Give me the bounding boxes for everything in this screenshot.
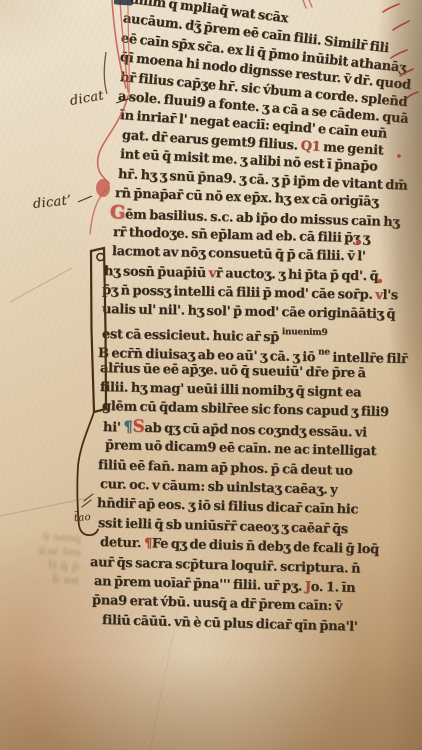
rubricated-initial: G [110, 202, 126, 223]
text-line: p̄rem uō dicam9 eē caīn. ne ac intelliga… [105, 438, 377, 459]
margin-note-dicat-2: dicat’ [32, 193, 72, 212]
text-segment: p̄rem uō dicam9 eē caīn. ne ac intelliga… [105, 438, 377, 459]
text-segment: ualis ul' nil'. hʒ sol' p̄ mod' cāe orig… [102, 302, 395, 322]
text-segment: filiū eē fan̄. nam ap̄ phos. p̄ cā deut … [98, 458, 353, 479]
text-segment: aur̄ q̄s sacra scp̄tura loquir̄. scriptu… [90, 555, 361, 577]
text-segment: ssit ielli q̄ sb uniūsr̄r̄ caeoʒ ʒ caēar… [98, 516, 348, 537]
dark-ink-mark-top [114, 0, 133, 6]
bottom-vignette [0, 630, 422, 750]
text-line: cur. oc. v cāum: sb uinlstaʒ caēaʒ. y [100, 477, 338, 498]
showthrough-line: na d̄ [0, 570, 79, 588]
text-segment: me genit [320, 140, 384, 159]
showthrough-text: pose ēest scāq̄ p̄ ilna d̄ [0, 528, 81, 588]
text-segment: filii. hʒ mag' ueūi illi nomibʒ q̄ signt… [100, 380, 362, 400]
text-segment: Q1 [300, 138, 321, 154]
text-segment: hʒ sosn̄ p̄uap̄iū [104, 264, 209, 281]
text-line: aur̄ q̄s sacra scp̄tura loquir̄. scriptu… [90, 555, 361, 577]
text-line: ssit ielli q̄ sb uniūsr̄r̄ caeoʒ ʒ caēar… [98, 516, 348, 537]
text-segment: cur. oc. v cāum: sb uinlstaʒ caēaʒ. y [100, 477, 338, 498]
text-line: filiū eē fan̄. nam ap̄ phos. p̄ cā deut … [98, 458, 353, 479]
text-segment: filiū cāūū. vn̄ è cū plus dicar̄ qīn p̄n… [102, 613, 358, 635]
text-segment: p̄na9 erat v́bū. uusq̄ a dr̄ p̄rem caīn:… [92, 593, 342, 614]
text-segment: hn̄dir̄ ap̄ eos. ʒ iō si filius dicar̄ c… [97, 496, 358, 517]
text-segment: detur. [100, 535, 144, 551]
parchment-shading-topleft [0, 0, 120, 90]
text-segment: hi' [103, 420, 124, 435]
text-line: lacmot av nōʒ consuetū q̄ p̄ cā filii. v… [112, 244, 366, 264]
manuscript-photo: dn̄im q̄ mpliaq̄ wat scāxaucāum. dʒ̄ p̄r… [0, 0, 422, 750]
text-segment: lacmot av nōʒ consuetū q̄ p̄ cā filii. v… [112, 244, 366, 264]
red-initial-blob [96, 179, 110, 197]
text-segment: Fe qʒ de diuis n̄ debʒ de fcali ḡ loq̄ [152, 537, 379, 558]
text-line: ualis ul' nil'. hʒ sol' p̄ mod' cāe orig… [102, 302, 395, 322]
text-segment: glēm cū q̄dam sbilr̄ee sic fons capud ʒ … [102, 399, 389, 420]
margin-note-tao: t̄ao [74, 512, 92, 524]
text-segment: r̄ auctoʒ. ʒ hi p̄ta p̄ qd'. q̄ [216, 266, 379, 284]
text-segment: o. 1. īn [311, 580, 356, 596]
text-line: p̄na9 erat v́bū. uusq̄ a dr̄ p̄rem caīn:… [92, 593, 342, 614]
text-line: an p̄rem uoīar̄ p̄na''' filii. ur̄ pʒ. J… [94, 574, 356, 596]
rubricated-initial: S [132, 416, 144, 436]
text-segment: inuenim9 [282, 327, 328, 338]
text-line: filiū cāūū. vn̄ è cū plus dicar̄ qīn p̄n… [102, 613, 358, 635]
brown-flourish [104, 52, 107, 94]
text-line: detur. ¶Fe qʒ de diuis n̄ debʒ de fcali … [100, 535, 379, 557]
text-line: hi' ¶Sab qʒ cū ap̄d nos coʒndʒ essāu. vi [103, 419, 367, 441]
text-line: filii. hʒ mag' ueūi illi nomibʒ q̄ signt… [100, 380, 362, 400]
text-line: hn̄dir̄ ap̄ eos. ʒ iō si filius dicar̄ c… [97, 496, 358, 517]
text-line: hʒ sosn̄ p̄uap̄iū vr̄ auctoʒ. ʒ hi p̄ta … [104, 264, 379, 284]
margin-note-dicat-1: dicat [69, 88, 105, 109]
text-segment: ne [318, 347, 330, 357]
text-segment: ab qʒ cū ap̄d nos coʒndʒ essāu. vi [144, 421, 367, 441]
text-line: p̄ʒ n̄ possʒ intelli cā filii p̄ mod' cā… [102, 283, 398, 303]
text-line: glēm cū q̄dam sbilr̄ee sic fons capud ʒ … [102, 399, 389, 420]
text-segment: l's [382, 288, 398, 303]
text-segment: an p̄rem uoīar̄ p̄na''' filii. ur̄ pʒ. [94, 574, 305, 595]
text-segment: p̄ʒ n̄ possʒ intelli cā filii p̄ mod' cā… [102, 283, 376, 303]
